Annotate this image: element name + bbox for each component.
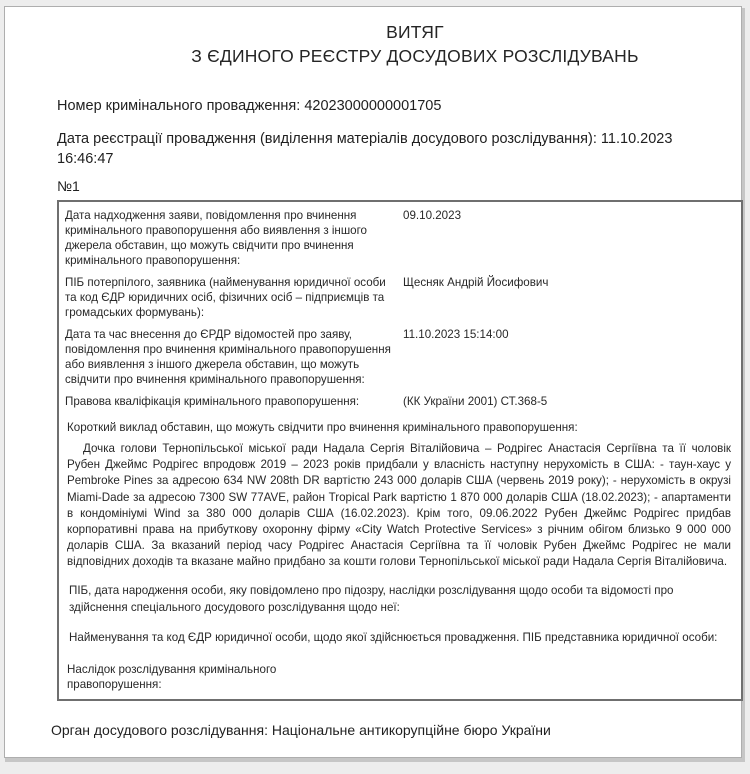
- document-title-line1: ВИТЯГ: [175, 20, 655, 44]
- table-row-erdr-entry-datetime: Дата та час внесення до ЄРДР відомостей …: [65, 327, 733, 387]
- legal-entity-heading: Найменування та код ЄДР юридичної особи,…: [69, 630, 731, 646]
- row-label: Правова кваліфікація кримінального право…: [65, 394, 397, 409]
- row-label: ПІБ потерпілого, заявника (найменування …: [65, 275, 397, 320]
- row-label: Дата та час внесення до ЄРДР відомостей …: [65, 327, 397, 387]
- document-content: ВИТЯГ З ЄДИНОГО РЕЄСТРУ ДОСУДОВИХ РОЗСЛІ…: [5, 7, 741, 738]
- case-number-label: Номер кримінального провадження:: [57, 98, 300, 114]
- row-value: Щесняк Андрій Йосифович: [403, 275, 733, 320]
- document-title: ВИТЯГ З ЄДИНОГО РЕЄСТРУ ДОСУДОВИХ РОЗСЛІ…: [175, 20, 655, 68]
- row-value: (КК України 2001) СТ.368-5: [403, 394, 733, 409]
- investigation-body-value: Національне антикорупційне бюро України: [272, 722, 551, 738]
- investigation-body-label: Орган досудового розслідування:: [51, 722, 268, 738]
- registration-label: Дата реєстрації провадження (виділення м…: [57, 131, 597, 147]
- table-row-intake-date: Дата надходження заяви, повідомлення про…: [65, 208, 733, 268]
- record-number: №1: [57, 178, 741, 194]
- summary-paragraph: Дочка голови Тернопільської міської ради…: [67, 441, 731, 571]
- table-row-legal-qualification: Правова кваліфікація кримінального право…: [65, 394, 733, 409]
- row-value: 09.10.2023: [403, 208, 733, 268]
- case-number-value: 42023000000001705: [304, 98, 441, 114]
- row-label: Дата надходження заяви, повідомлення про…: [65, 208, 397, 268]
- erdr-table: Дата надходження заяви, повідомлення про…: [57, 200, 743, 701]
- suspect-heading: ПІБ, дата народження особи, яку повідомл…: [69, 582, 731, 616]
- summary-heading: Короткий виклад обставин, що можуть свід…: [67, 420, 733, 435]
- row-value: 11.10.2023 15:14:00: [403, 327, 733, 387]
- investigation-body-line: Орган досудового розслідування: Націонал…: [51, 722, 741, 738]
- case-number-line: Номер кримінального провадження: 4202300…: [57, 96, 741, 116]
- document-page: ВИТЯГ З ЄДИНОГО РЕЄСТРУ ДОСУДОВИХ РОЗСЛІ…: [4, 6, 742, 758]
- table-row-victim-name: ПІБ потерпілого, заявника (найменування …: [65, 275, 733, 320]
- outcome-label: Наслідок розслідування кримінального пра…: [67, 662, 311, 692]
- document-title-line2: З ЄДИНОГО РЕЄСТРУ ДОСУДОВИХ РОЗСЛІДУВАНЬ: [175, 44, 655, 68]
- registration-line: Дата реєстрації провадження (виділення м…: [57, 129, 729, 169]
